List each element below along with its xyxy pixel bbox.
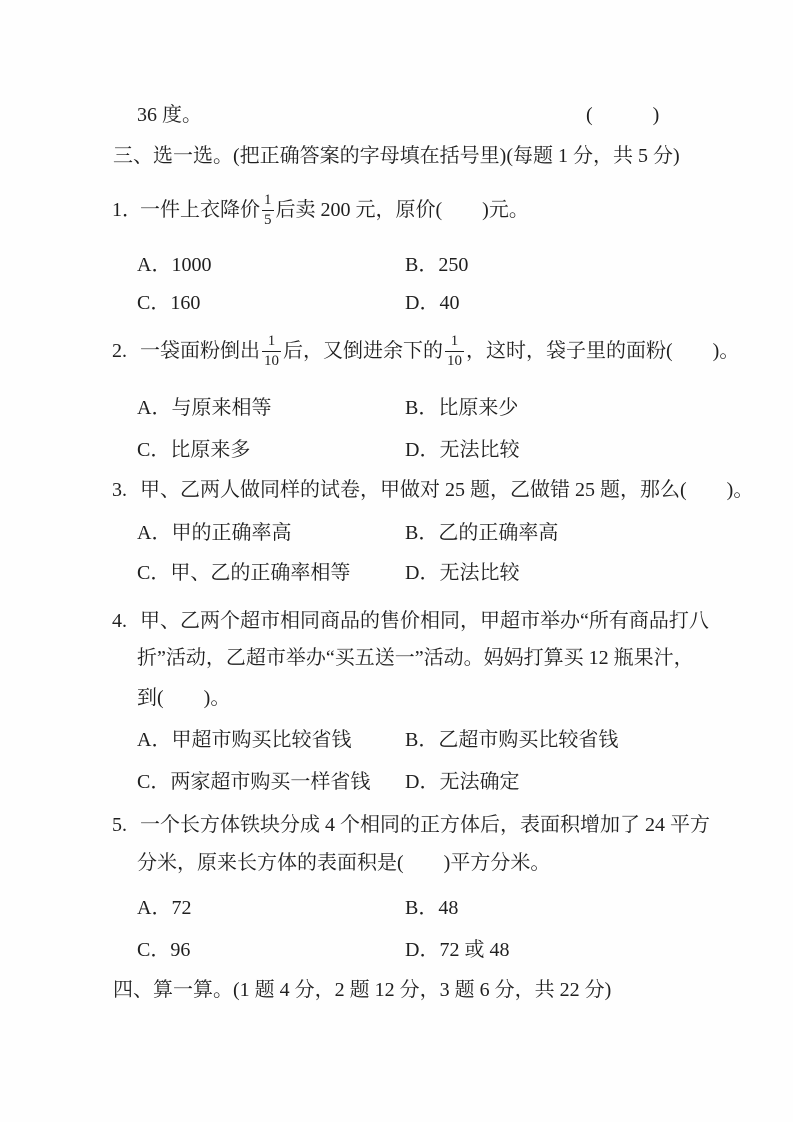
question-4-option-c: C．两家超市购买一样省钱 — [137, 768, 405, 796]
question-5-option-d: D．72 或 48 — [405, 936, 509, 964]
fraction-denominator: 10 — [262, 352, 281, 371]
question-3-options-row-2: C．甲、乙的正确率相等 D．无法比较 — [137, 559, 519, 587]
question-3-stem: 3.甲、乙两人做同样的试卷，甲做对 25 题，乙做错 25 题，那么( )。 — [112, 476, 753, 504]
fraction-one-fifth: 15 — [262, 191, 274, 230]
question-1-option-b: B．250 — [405, 251, 468, 279]
question-2-number: 2. — [112, 337, 140, 365]
section-four-heading: 四、算一算。(1 题 4 分，2 题 12 分，3 题 6 分，共 22 分) — [113, 976, 611, 1004]
question-1-options-row-2: C．160 D．40 — [137, 289, 459, 317]
question-2-stem: 2.一袋面粉倒出110后，又倒进余下的110，这时，袋子里的面粉( )。 — [112, 327, 739, 375]
question-4-option-b: B．乙超市购买比较省钱 — [405, 726, 618, 754]
question-5-option-b: B．48 — [405, 894, 458, 922]
carryover-line: 36 度。 — [137, 101, 202, 129]
question-4-stem-line-2: 折”活动，乙超市举办“买五送一”活动。妈妈打算买 12 瓶果汁， — [137, 644, 694, 672]
fraction-denominator: 10 — [445, 352, 464, 371]
fraction-one-tenth-first: 110 — [262, 332, 281, 371]
question-1-stem: 1．一件上衣降价15后卖 200 元，原价( )元。 — [112, 186, 529, 234]
question-3-option-d: D．无法比较 — [405, 559, 519, 587]
fraction-one-tenth-second: 110 — [445, 332, 464, 371]
question-3-option-a: A．甲的正确率高 — [137, 519, 405, 547]
question-3-options-row-1: A．甲的正确率高 B．乙的正确率高 — [137, 519, 558, 547]
question-5-option-a: A．72 — [137, 894, 405, 922]
question-2-options-row-1: A．与原来相等 B．比原来少 — [137, 394, 518, 422]
question-4-option-a: A．甲超市购买比较省钱 — [137, 726, 405, 754]
question-4-number: 4. — [112, 607, 140, 635]
question-4-options-row-2: C．两家超市购买一样省钱 D．无法确定 — [137, 768, 519, 796]
question-1-option-c: C．160 — [137, 289, 405, 317]
carryover-answer-blank: ( ) — [586, 101, 659, 129]
question-1-text-before: 一件上衣降价 — [140, 196, 260, 224]
fraction-denominator: 5 — [262, 211, 274, 230]
question-5-options-row-1: A．72 B．48 — [137, 894, 458, 922]
question-5-options-row-2: C．96 D．72 或 48 — [137, 936, 509, 964]
question-3-option-c: C．甲、乙的正确率相等 — [137, 559, 405, 587]
question-3-option-b: B．乙的正确率高 — [405, 519, 558, 547]
fraction-numerator: 1 — [445, 332, 464, 352]
section-three-heading: 三、选一选。(把正确答案的字母填在括号里)(每题 1 分，共 5 分) — [113, 142, 680, 170]
question-4-stem-line-3: 到( )。 — [137, 684, 230, 712]
question-2-text-middle: 后，又倒进余下的 — [283, 337, 443, 365]
question-1-text-after: 后卖 200 元，原价( )元。 — [276, 196, 529, 224]
worksheet-page: 36 度。 ( ) 三、选一选。(把正确答案的字母填在括号里)(每题 1 分，共… — [0, 0, 793, 1122]
question-3-text: 甲、乙两人做同样的试卷，甲做对 25 题，乙做错 25 题，那么( )。 — [140, 479, 753, 501]
question-1-option-d: D．40 — [405, 289, 459, 317]
question-5-number: 5. — [112, 811, 140, 839]
question-5-option-c: C．96 — [137, 936, 405, 964]
question-2-option-b: B．比原来少 — [405, 394, 518, 422]
question-1-number: 1． — [112, 196, 140, 224]
question-2-option-a: A．与原来相等 — [137, 394, 405, 422]
carryover-text: 36 度。 — [137, 104, 202, 126]
question-2-text-before: 一袋面粉倒出 — [140, 337, 260, 365]
question-5-text-line-1: 一个长方体铁块分成 4 个相同的正方体后，表面积增加了 24 平方 — [140, 814, 710, 836]
question-2-option-d: D．无法比较 — [405, 436, 519, 464]
question-1-option-a: A．1000 — [137, 251, 405, 279]
question-1-options-row-1: A．1000 B．250 — [137, 251, 468, 279]
question-4-text-line-1: 甲、乙两个超市相同商品的售价相同，甲超市举办“所有商品打八 — [140, 610, 709, 632]
fraction-numerator: 1 — [262, 332, 281, 352]
question-5-stem-line-1: 5.一个长方体铁块分成 4 个相同的正方体后，表面积增加了 24 平方 — [112, 811, 710, 839]
question-4-stem-line-1: 4.甲、乙两个超市相同商品的售价相同，甲超市举办“所有商品打八 — [112, 607, 709, 635]
question-4-options-row-1: A．甲超市购买比较省钱 B．乙超市购买比较省钱 — [137, 726, 618, 754]
question-2-text-after: ，这时，袋子里的面粉( )。 — [466, 337, 739, 365]
question-2-options-row-2: C．比原来多 D．无法比较 — [137, 436, 519, 464]
question-3-number: 3. — [112, 476, 140, 504]
question-5-stem-line-2: 分米，原来长方体的表面积是( )平方分米。 — [137, 849, 550, 877]
fraction-numerator: 1 — [262, 191, 274, 211]
question-2-option-c: C．比原来多 — [137, 436, 405, 464]
question-4-option-d: D．无法确定 — [405, 768, 519, 796]
